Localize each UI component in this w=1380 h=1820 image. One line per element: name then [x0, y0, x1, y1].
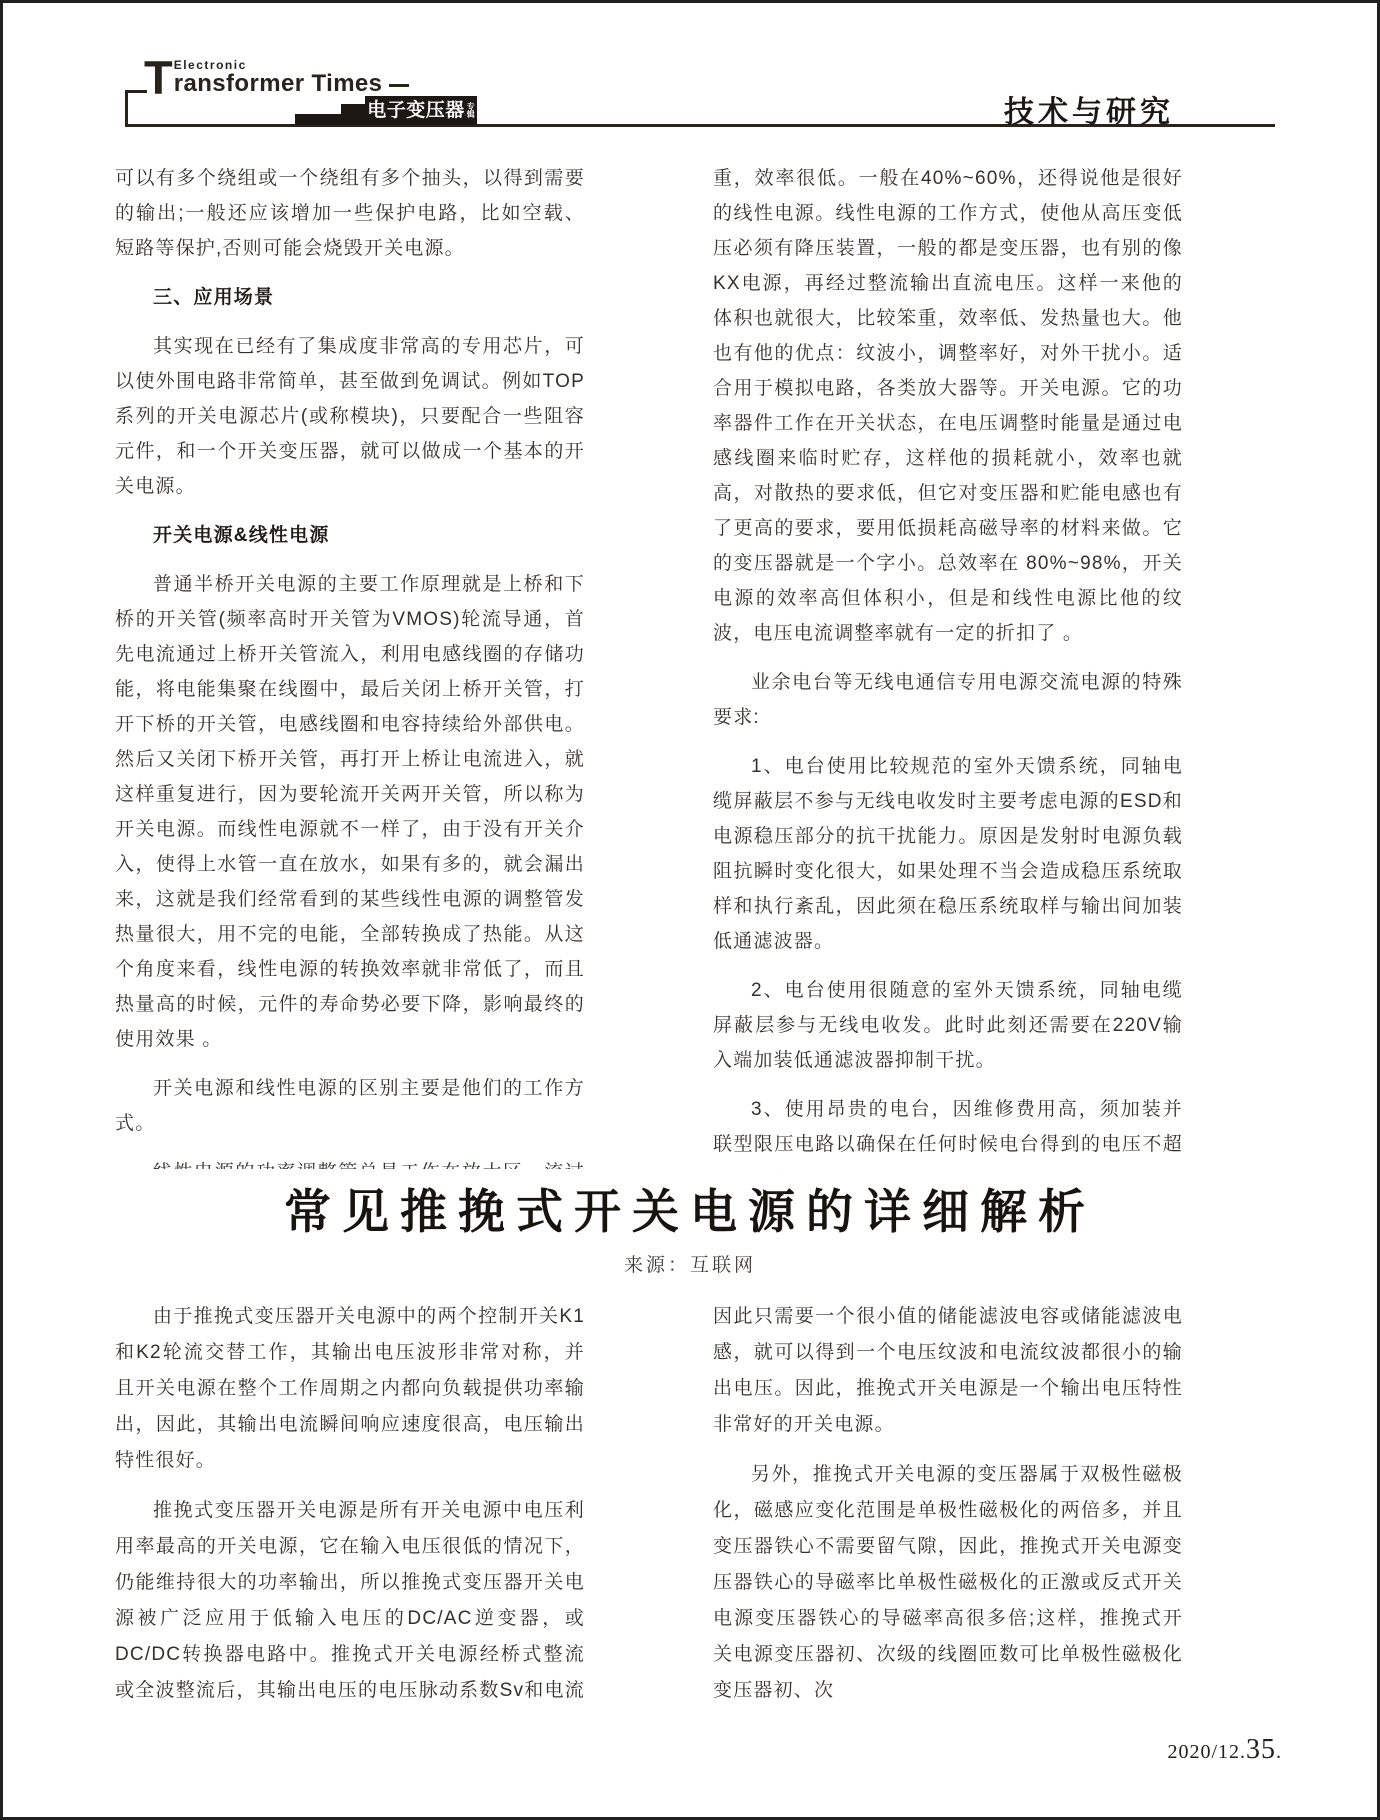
badge-title: 电子变压器	[367, 101, 465, 120]
footer-page-number: 35	[1246, 1734, 1276, 1765]
paragraph: 3、使用昂贵的电台，因维修费用高，须加装并联型限压电路以确保在任何时候电台得到的…	[713, 1092, 1183, 1169]
footer-issue: 2020/12.	[1167, 1741, 1246, 1763]
magazine-logo: T Electronic ransformer Times	[144, 60, 409, 96]
article1-right-column: 重，效率很低。一般在40%~60%，还得说他是很好的线性电源。线性电源的工作方式…	[713, 161, 1183, 1169]
paragraph: 重，效率很低。一般在40%~60%，还得说他是很好的线性电源。线性电源的工作方式…	[713, 161, 1183, 651]
paragraph: 另外，推挽式开关电源的变压器属于双极性磁极化，磁感应变化范围是单极性磁极化的两倍…	[713, 1457, 1183, 1709]
section-label: 技术与研究	[1004, 87, 1174, 131]
badge-step-icon	[295, 114, 341, 125]
logo-dash-icon	[389, 84, 409, 87]
article2-left-column: 由于推挽式变压器开关电源中的两个控制开关K1和K2轮流交替工作，其输出电压波形非…	[115, 1299, 585, 1709]
magazine-badge: 电子变压器 专 辑	[365, 96, 477, 125]
paragraph: 1、电台使用比较规范的室外天馈系统，同轴电缆屏蔽层不参与无线电收发时主要考虑电源…	[713, 749, 1183, 959]
paragraph: 其实现在已经有了集成度非常高的专用芯片，可以使外围电路非常简单，甚至做到免调试。…	[115, 329, 585, 504]
paragraph: 推挽式变压器开关电源是所有开关电源中电压利用率最高的开关电源，它在输入电压很低的…	[115, 1493, 585, 1709]
paragraph: 开关电源和线性电源的区别主要是他们的工作方式。	[115, 1071, 585, 1141]
sub-heading: 三、应用场景	[115, 280, 585, 315]
paragraph: 因此只需要一个很小值的储能滤波电容或储能滤波电感，就可以得到一个电压纹波和电流纹…	[713, 1299, 1183, 1443]
logo-letter-t: T	[144, 60, 173, 96]
article-title: 常见推挽式开关电源的详细解析	[3, 1175, 1377, 1242]
badge-step-icon	[341, 104, 365, 125]
paragraph: 2、电台使用很随意的室外天馈系统，同轴电缆屏蔽层参与无线电收发。此时此刻还需要在…	[713, 973, 1183, 1078]
paragraph: 线性电源的功率调整管总是工作在放大区，流过的电流是连续的。由于调整管上损耗较大的…	[115, 1155, 585, 1169]
page-footer: 2020/12.35.	[1167, 1734, 1282, 1766]
masthead-rule-vertical	[125, 90, 128, 127]
paragraph: 业余电台等无线电通信专用电源交流电源的特殊要求:	[713, 665, 1183, 735]
badge-side-char: 辑	[467, 111, 475, 119]
logo-word-transformer-times: ransformer Times	[174, 71, 383, 96]
article-source: 来源：互联网	[3, 1250, 1377, 1277]
article2-right-column: 因此只需要一个很小值的储能滤波电容或储能滤波电感，就可以得到一个电压纹波和电流纹…	[713, 1299, 1183, 1709]
paragraph: 普通半桥开关电源的主要工作原理就是上桥和下桥的开关管(频率高时开关管为VMOS)…	[115, 567, 585, 1057]
sub-heading: 开关电源&线性电源	[115, 518, 585, 553]
paragraph: 由于推挽式变压器开关电源中的两个控制开关K1和K2轮流交替工作，其输出电压波形非…	[115, 1299, 585, 1479]
footer-period: .	[1276, 1741, 1282, 1763]
badge-side-label: 专 辑	[467, 103, 475, 119]
article1-left-column: 可以有多个绕组或一个绕组有多个抽头，以得到需要的输出;一般还应该增加一些保护电路…	[115, 161, 585, 1169]
paragraph: 可以有多个绕组或一个绕组有多个抽头，以得到需要的输出;一般还应该增加一些保护电路…	[115, 161, 585, 266]
logo-wordmark: Electronic ransformer Times	[174, 60, 383, 96]
magazine-page: T Electronic ransformer Times 电子变压器 专 辑 …	[0, 0, 1380, 1820]
